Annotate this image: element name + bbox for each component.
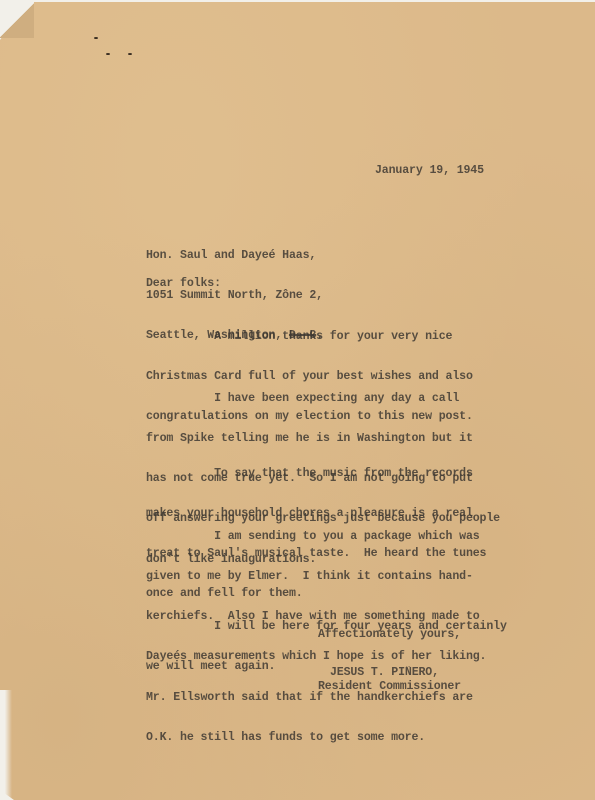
torn-edge: [0, 690, 12, 800]
paper-speck: [128, 53, 132, 55]
text-line: given to me by Elmer. I think it contain…: [146, 570, 486, 583]
address-line-1: Hon. Saul and Dayeé Haas,: [146, 249, 323, 262]
text-line: To say that the music from the records: [146, 467, 486, 480]
folded-corner: [0, 2, 34, 38]
paper-speck: [94, 37, 98, 39]
closing: Affectionately yours,: [318, 628, 461, 641]
letter-date: January 19, 1945: [375, 164, 484, 177]
signature-name: JESUS T. PIÑERO,: [330, 666, 439, 679]
text-line: A million thanks for your very nice: [146, 330, 473, 343]
salutation: Dear folks:: [146, 277, 221, 290]
address-line-2: 1051 Summit North, Zône 2,: [146, 289, 323, 302]
text-line: I have been expecting any day a call: [146, 392, 500, 405]
letter-page: January 19, 1945 Hon. Saul and Dayeé Haa…: [0, 0, 595, 800]
paper-speck: [106, 53, 110, 55]
text-line: I am sending to you a package which was: [146, 530, 486, 543]
text-line: O.K. he still has funds to get some more…: [146, 731, 486, 744]
text-line: we will meet again.: [146, 660, 507, 673]
signature-title: Resident Commissioner: [318, 680, 461, 693]
